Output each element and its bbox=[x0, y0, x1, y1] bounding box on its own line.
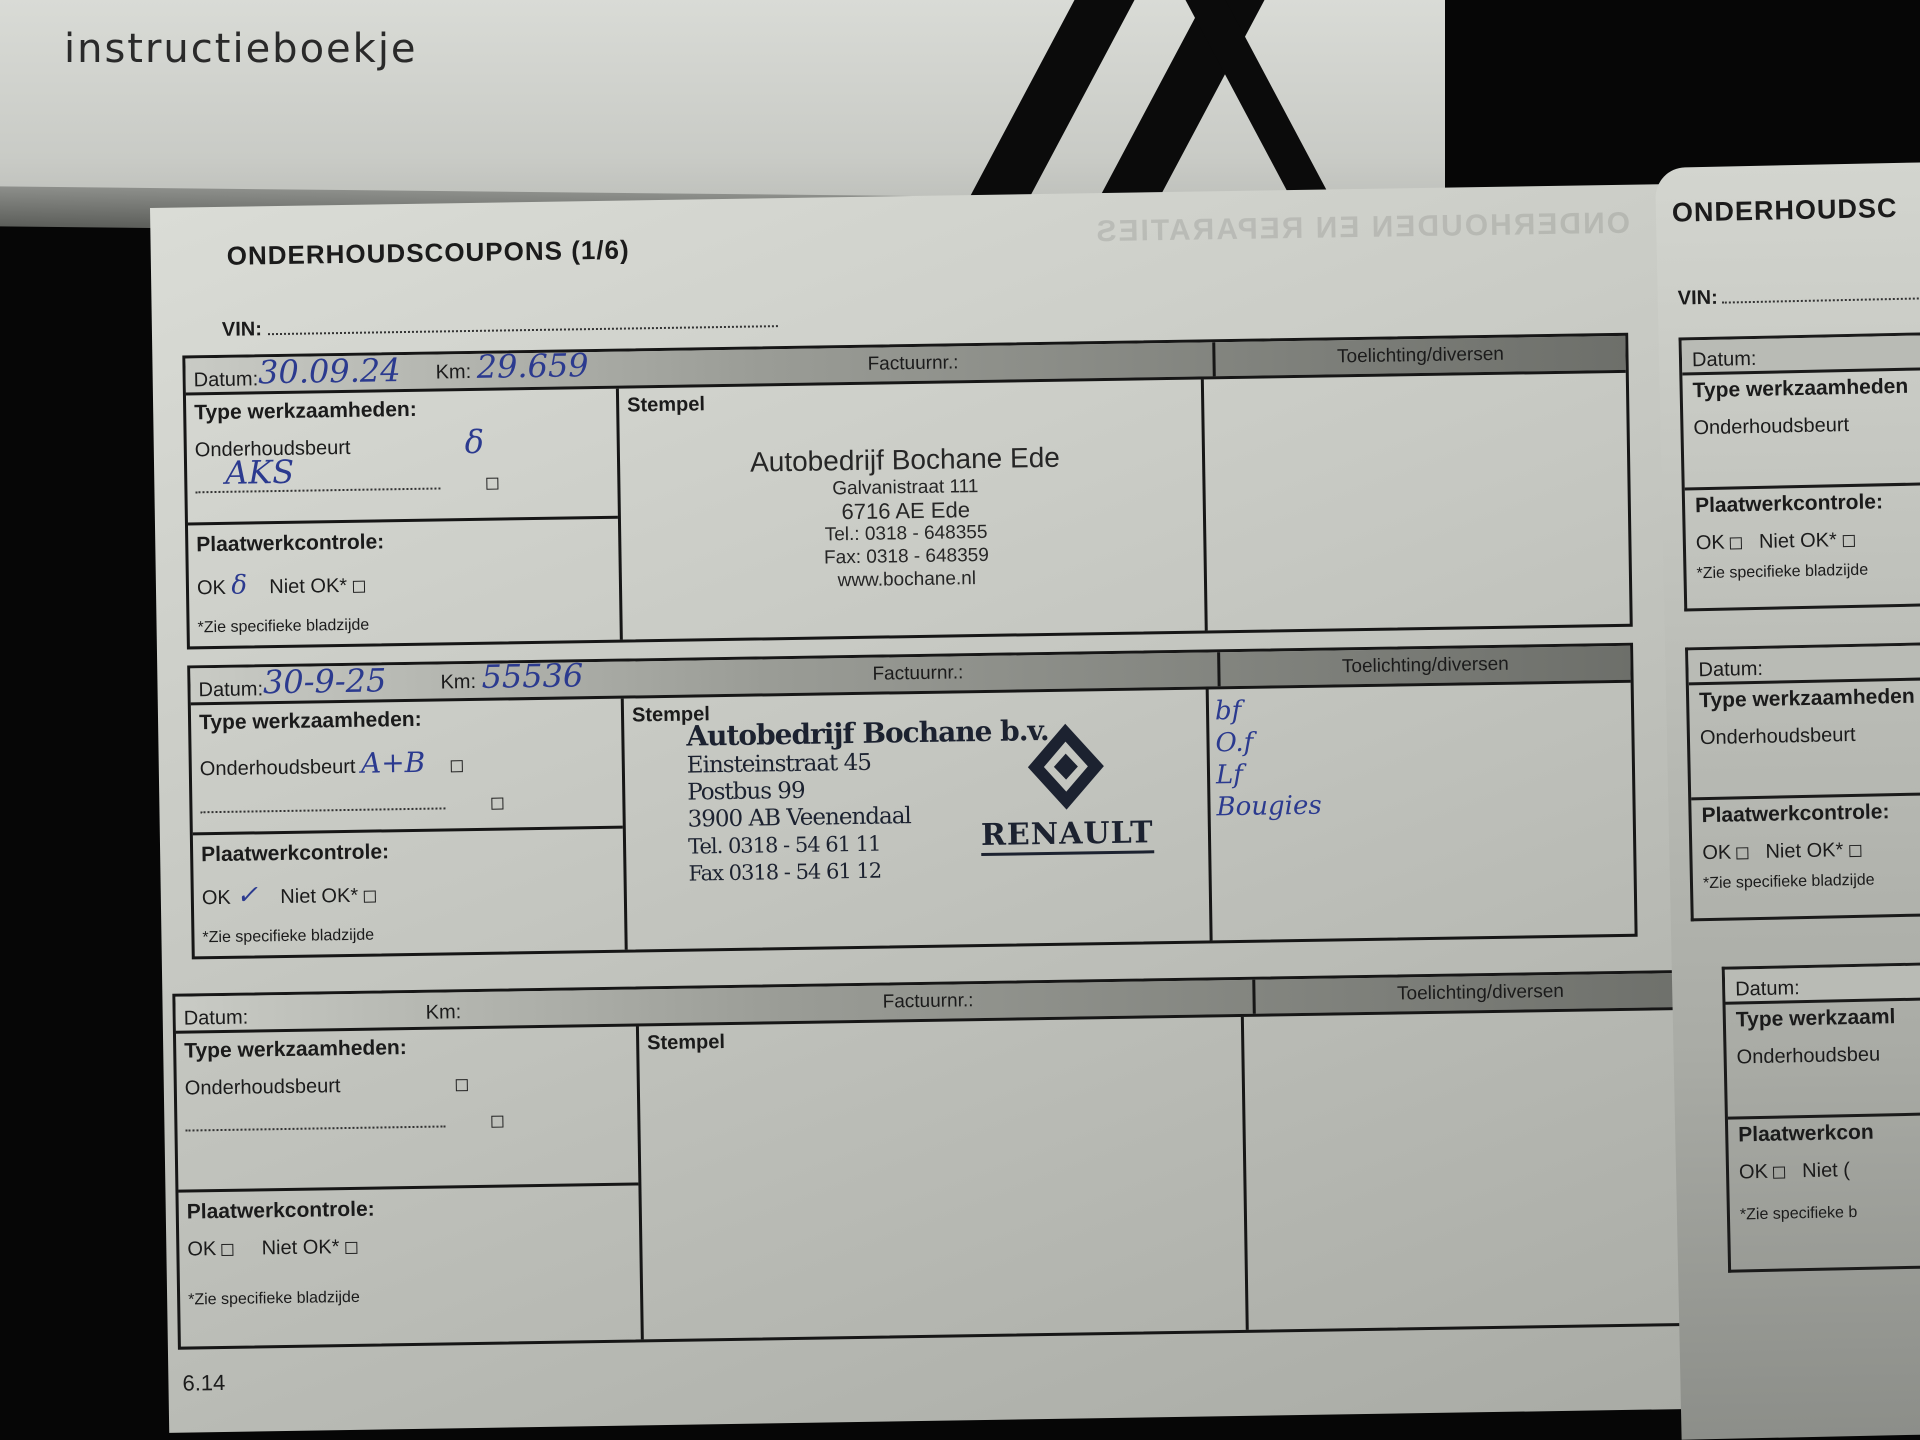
datum-label: Datum: bbox=[198, 678, 263, 702]
extra-work-checkbox[interactable] bbox=[491, 1115, 503, 1127]
extra-work-value: AKS bbox=[225, 453, 295, 492]
datum-value: 30-9-25 bbox=[263, 661, 387, 701]
footnote: *Zie specifieke bladzijde bbox=[188, 1285, 632, 1310]
plaatwerkcontrole-label: Plaatwerkcontrole: bbox=[201, 837, 615, 867]
bleed-through-heading: ONDERHOUDEN EN REPARATIES bbox=[1095, 207, 1631, 249]
footnote: *Zie specifieke b bbox=[1740, 1201, 1920, 1225]
km-label: Km: bbox=[426, 1001, 462, 1024]
vin-label: VIN: bbox=[1678, 287, 1718, 310]
renault-chevron-icon bbox=[965, 0, 1134, 205]
page-number: 6.14 bbox=[182, 1370, 225, 1397]
km-label: Km: bbox=[435, 361, 471, 384]
km-label: Km: bbox=[440, 671, 476, 694]
ok-label: OK bbox=[197, 577, 226, 599]
plaatwerkcontrole-label: Plaatwerkcontrole: bbox=[187, 1194, 631, 1225]
ok-label: OK bbox=[187, 1238, 216, 1260]
ok-checkbox[interactable] bbox=[222, 1243, 234, 1255]
ok-label: OK bbox=[202, 887, 231, 909]
ok-checkbox[interactable] bbox=[1773, 1166, 1785, 1178]
datum-label: Datum: bbox=[194, 368, 259, 392]
footnote: *Zie specifieke bladzijde bbox=[202, 923, 616, 948]
plaatwerkcontrole-label: Plaatwerkcontrole: bbox=[1695, 488, 1920, 518]
coupon-3: Datum: Km: Factuurnr.: Toelichting/diver… bbox=[172, 970, 1713, 1350]
niet-ok-checkbox[interactable] bbox=[364, 891, 376, 903]
ok-label: OK bbox=[1702, 842, 1731, 865]
datum-label: Datum: bbox=[1688, 644, 1920, 685]
next-coupon: Datum: Type werkzaamheden Onderhoudsbeur… bbox=[1685, 641, 1920, 921]
stempel-label: Stempel bbox=[627, 386, 1193, 418]
niet-ok-label: Niet OK* bbox=[1759, 529, 1837, 553]
type-werkzaamheden-label: Type werkzaamheden bbox=[1699, 683, 1920, 713]
toelichting-area: bf O.f Lf Bougies bbox=[1209, 683, 1635, 941]
toelichting-label: Toelichting/diversen bbox=[1252, 973, 1705, 1014]
datum-label: Datum: bbox=[1682, 334, 1920, 375]
type-werkzaamheden-label: Type werkzaamheden: bbox=[184, 1033, 628, 1064]
next-page-title: ONDERHOUDSC bbox=[1672, 193, 1898, 229]
ok-label: OK bbox=[1696, 532, 1725, 555]
niet-ok-checkbox[interactable] bbox=[1849, 845, 1861, 857]
ok-checkbox[interactable] bbox=[1737, 847, 1749, 859]
footnote: *Zie specifieke bladzijde bbox=[1696, 559, 1920, 583]
vin-dotted-line bbox=[1722, 297, 1920, 303]
onderhoudsbeurt-label: Onderhoudsbeurt bbox=[200, 756, 356, 780]
renault-wordmark: RENAULT bbox=[981, 815, 1154, 856]
plaatwerkcontrole-label: Plaatwerkcontrole: bbox=[196, 527, 610, 557]
niet-ok-label: Niet OK* bbox=[261, 1236, 339, 1259]
onderhoud-value: A+B bbox=[361, 746, 426, 780]
type-werkzaamheden-label: Type werkzaamheden: bbox=[194, 395, 608, 425]
factuurnr-label: Factuurnr.: bbox=[613, 342, 1212, 385]
coupon-2: Datum: 30-9-25 Km: 55536 Factuurnr.: Toe… bbox=[187, 643, 1637, 960]
vin-dotted-line bbox=[268, 325, 778, 335]
extra-work-line bbox=[200, 807, 445, 813]
ok-label: OK bbox=[1739, 1161, 1768, 1184]
next-coupon-page: ONDERHOUDSC VIN: Datum: Type werkzaamhed… bbox=[1655, 162, 1920, 1440]
vin-label: VIN: bbox=[222, 318, 262, 341]
extra-work-line bbox=[185, 1125, 445, 1131]
onderhoudsbeurt-label: Onderhoudsbeurt bbox=[185, 1075, 341, 1099]
vin-field: VIN: bbox=[1678, 282, 1920, 310]
km-value: 29.659 bbox=[476, 346, 589, 386]
stamp-line: Fax 0318 - 54 61 12 bbox=[688, 855, 1051, 888]
next-coupon: Datum: Type werkzaaml Onderhoudsbeu Plaa… bbox=[1722, 960, 1920, 1272]
datum-label: Datum: bbox=[184, 1007, 249, 1031]
stamp-name: Autobedrijf Bochane Ede bbox=[750, 442, 1060, 479]
footnote: *Zie specifieke bladzijde bbox=[197, 613, 611, 638]
toelichting-line: Bougies bbox=[1216, 785, 1626, 823]
niet-ok-label: Niet ( bbox=[1802, 1159, 1850, 1182]
niet-ok-label: Niet OK* bbox=[280, 885, 358, 908]
vin-field: VIN: bbox=[222, 310, 778, 342]
toelichting-label: Toelichting/diversen bbox=[1217, 646, 1630, 686]
km-value: 55536 bbox=[481, 656, 583, 696]
extra-work-checkbox[interactable] bbox=[491, 797, 503, 809]
stempel-label: Stempel bbox=[647, 1023, 1233, 1055]
type-werkzaamheden-label: Type werkzaamheden: bbox=[199, 705, 613, 735]
toelichting-label: Toelichting/diversen bbox=[1212, 336, 1625, 376]
plaatwerkcontrole-label: Plaatwerkcontrole: bbox=[1701, 798, 1920, 828]
renault-diamond-icon bbox=[1025, 721, 1106, 812]
coupon-page: ONDERHOUDEN EN REPARATIES ONDERHOUDSCOUP… bbox=[150, 184, 1689, 1433]
footnote: *Zie specifieke bladzijde bbox=[1703, 869, 1920, 893]
niet-ok-checkbox[interactable] bbox=[353, 581, 365, 593]
onderhoud-mark: δ bbox=[464, 423, 484, 461]
stamp-line: www.bochane.nl bbox=[752, 566, 1062, 594]
niet-ok-label: Niet OK* bbox=[1765, 839, 1843, 863]
renault-logo: RENAULT bbox=[979, 720, 1154, 856]
datum-label: Datum: bbox=[1725, 963, 1920, 1004]
onderhoudsbeurt-label: Onderhoudsbeu bbox=[1736, 1041, 1920, 1070]
niet-ok-checkbox[interactable] bbox=[345, 1242, 357, 1254]
extra-work-checkbox[interactable] bbox=[486, 477, 498, 489]
page-title: ONDERHOUDSCOUPONS (1/6) bbox=[227, 234, 630, 271]
factuurnr-label: Factuurnr.: bbox=[618, 652, 1217, 695]
type-werkzaamheden-label: Type werkzaamheden bbox=[1692, 373, 1920, 403]
niet-ok-label: Niet OK* bbox=[269, 575, 347, 598]
toelichting-area bbox=[1244, 1010, 1711, 1330]
coupon-1: Datum: 30.09.24 Km: 29.659 Factuurnr.: T… bbox=[182, 333, 1632, 650]
onderhoudsbeurt-label: Onderhoudsbeurt bbox=[1700, 721, 1920, 750]
cover-title: instructieboekje bbox=[64, 26, 418, 72]
type-werkzaamheden-label: Type werkzaaml bbox=[1736, 1003, 1920, 1033]
plaatwerkcontrole-label: Plaatwerkcon bbox=[1738, 1118, 1920, 1148]
onderhoud-checkbox[interactable] bbox=[451, 760, 463, 772]
onderhoudsbeurt-label: Onderhoudsbeurt bbox=[1693, 411, 1920, 440]
ok-checkbox-marked[interactable]: δ bbox=[231, 571, 247, 601]
toelichting-area bbox=[1204, 373, 1630, 631]
ok-checkbox-marked[interactable]: ✓ bbox=[236, 881, 258, 911]
datum-value: 30.09.24 bbox=[258, 351, 401, 391]
niet-ok-checkbox[interactable] bbox=[1842, 535, 1854, 547]
ok-checkbox[interactable] bbox=[1730, 537, 1742, 549]
onderhoud-checkbox[interactable] bbox=[456, 1079, 468, 1091]
dealer-stamp-ede: Autobedrijf Bochane Ede Galvanistraat 11… bbox=[750, 442, 1062, 594]
next-coupon: Datum: Type werkzaamheden Onderhoudsbeur… bbox=[1679, 331, 1920, 611]
